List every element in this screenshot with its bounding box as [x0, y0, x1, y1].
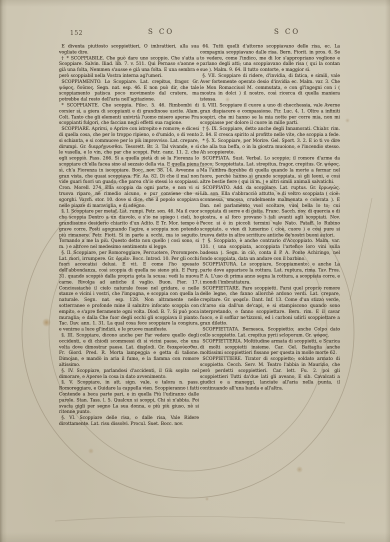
paper-crease	[350, 198, 372, 300]
paragraph: §. VI. Scoppiare delle risa, o dalle ris…	[59, 416, 199, 428]
scanned-dictionary-page: 152 S CO S CO E diventa piuttosto scoppi…	[0, 0, 390, 542]
paragraph: SCOPPIETTIERE. Tirator di scoppietto; so…	[200, 357, 340, 392]
paragraph: §. IV. Scoppiare, parlandosi d'accidenti…	[59, 368, 199, 380]
running-head-right: S CO	[274, 28, 300, 36]
paragraph: SCOPPIATURA. Lo scoppiare, Scoppiamento;…	[200, 262, 340, 286]
paragraph: SCOPPIETTERIA. Moltitudine armata di sco…	[200, 339, 340, 357]
paragraph: 64. Tutti quelli d'attorno scoppiavano d…	[200, 44, 340, 73]
paragraph: SCOPPIAMENTO. Lo Scoppiare. Lat. crepitu…	[59, 79, 199, 103]
page-number: 152	[70, 30, 83, 37]
text-column-left: E diventa piuttosto scoppiettieri, O imb…	[59, 44, 199, 442]
paragraph: † §. IX. Scoppiare, detto anche degli In…	[200, 127, 340, 139]
text-column-left-content: E diventa piuttosto scoppiettieri, O imb…	[59, 44, 199, 427]
stain-spot	[345, 118, 350, 123]
stain-spot	[42, 318, 51, 327]
paragraph: † * SCOPPIABILE. Che può dare uno scoppi…	[59, 56, 199, 80]
paragraph: E diventa piuttosto scoppiettieri, O imb…	[59, 44, 199, 56]
paragraph: SCOPPIETTATA. Bernesca, Scoppiettio; anc…	[200, 327, 340, 339]
paragraph: §. II. Scoppiare, per Romoreggiare, Perc…	[59, 250, 199, 333]
paragraph: † §. Scoppiato, è anche contrario d'Acco…	[200, 239, 340, 263]
paragraph: SCOPPIATA. Sust. Verbal. Lo scoppio; il …	[200, 156, 340, 185]
stain-spot	[296, 466, 303, 473]
paragraph: §. VIII. Scoppiare il cuore a uno di che…	[200, 103, 340, 127]
paragraph: §. V. Scoppiare, in att. sign. vale, e t…	[59, 380, 199, 415]
paragraph: * §. X. Scoppiare, per Morire. Gel. Spor…	[200, 138, 340, 156]
text-column-right-content: 64. Tutti quelli d'attorno scoppiavano d…	[200, 44, 340, 392]
page-header: 152 S CO S CO	[0, 28, 390, 40]
paper-wave-mark	[55, 516, 345, 523]
paragraph: §. VII. Scoppiare di ridere, d'invidia, …	[200, 73, 340, 102]
paragraph: SCOPPIARE. Aprirsi, o Aprire con istrepi…	[59, 127, 199, 210]
paragraph: §. III. Scoppiare, dicono anche per Far …	[59, 333, 199, 368]
paragraph: §. I. Scoppiare per metaf. Lat. rumpi. P…	[59, 209, 199, 250]
paragraph: * SCOPPIANTE. Che scoppia. Filoc. 5. 46.…	[59, 103, 199, 127]
paragraph: SCOPPIATO. Add. da scoppiare. Lat. ruptu…	[200, 186, 340, 239]
running-head-left: S CO	[148, 28, 174, 36]
stain-spot	[88, 448, 94, 454]
text-column-right: 64. Tutti quelli d'attorno scoppiavano d…	[200, 44, 340, 442]
stain-spot	[205, 497, 209, 501]
paragraph: SCOPPIETTARE. Fare scoppietti. Farsi que…	[200, 286, 340, 327]
